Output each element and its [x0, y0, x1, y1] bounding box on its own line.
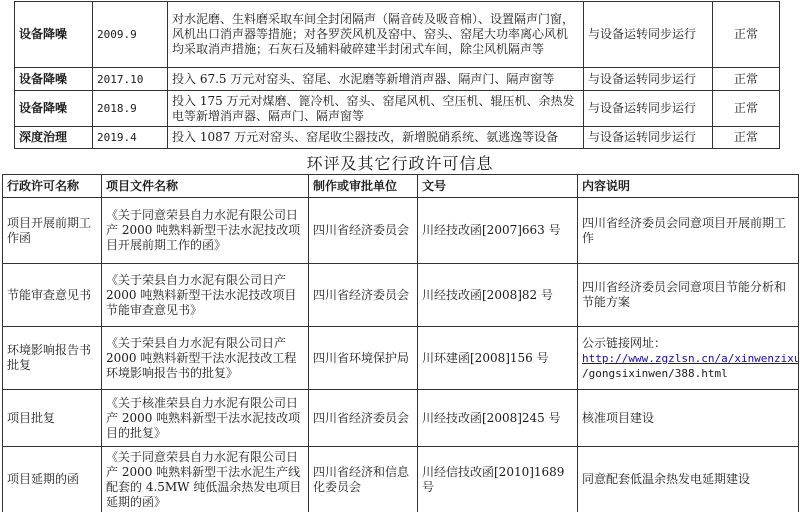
status-cell: 正常 — [713, 68, 780, 91]
description-cell: 同意配套低温余热发电延期建设 — [578, 447, 799, 512]
header-document: 项目文件名称 — [102, 175, 309, 198]
authority-cell: 四川省经济和信息化委员会 — [309, 447, 418, 512]
operation-cell: 与设备运转同步运行 — [584, 127, 713, 149]
document-cell: 《关于核准荣县自力水泥有限公司日产 2000 吨熟料新型干法水泥技改项目的批复》 — [102, 390, 309, 447]
operation-cell: 与设备运转同步运行 — [584, 68, 713, 91]
public-notice-link[interactable]: http://www.zgzlsn.cn/a/xinwenzixun — [582, 352, 799, 365]
table-row: 项目批复 《关于核准荣县自力水泥有限公司日产 2000 吨熟料新型干法水泥技改项… — [3, 390, 799, 447]
table-row: 项目延期的函 《关于同意荣县自力水泥有限公司日产 2000 吨熟料新型干法水泥生… — [3, 447, 799, 512]
description-cell: 四川省经济委员会同意项目开展前期工作 — [578, 198, 799, 264]
operation-cell: 与设备运转同步运行 — [584, 91, 713, 127]
category-cell: 设备降噪 — [15, 68, 93, 91]
description-cell: 公示链接网址： http://www.zgzlsn.cn/a/xinwenzix… — [578, 327, 799, 390]
header-row: 行政许可名称 项目文件名称 制作或审批单位 文号 内容说明 — [3, 175, 799, 198]
measures-cell: 投入 1087 万元对窑头、窑尾收尘器技改，新增脱硝系统、氨逃逸等设备 — [168, 127, 584, 149]
description-cell: 四川省经济委员会同意项目节能分析和节能方案 — [578, 264, 799, 327]
status-cell: 正常 — [713, 2, 780, 68]
header-description: 内容说明 — [578, 175, 799, 198]
permit-name-cell: 项目开展前期工作函 — [3, 198, 102, 264]
permit-name-cell: 项目批复 — [3, 390, 102, 447]
category-cell: 设备降噪 — [15, 2, 93, 68]
table-row: 设备降噪 2009.9 对水泥磨、生料磨采取车间全封闭隔声（隔音砖及吸音棉）、设… — [15, 2, 780, 68]
category-cell: 设备降噪 — [15, 91, 93, 127]
description-cell: 核准项目建设 — [578, 390, 799, 447]
permit-name-cell: 项目延期的函 — [3, 447, 102, 512]
authority-cell: 四川省经济委员会 — [309, 264, 418, 327]
authority-cell: 四川省环境保护局 — [309, 327, 418, 390]
doc-no-cell: 川经技改函[2008]82 号 — [418, 264, 578, 327]
table-row: 设备降噪 2017.10 投入 67.5 万元对窑头、窑尾、水泥磨等新增消声器、… — [15, 68, 780, 91]
date-cell: 2019.4 — [93, 127, 168, 149]
link-label: 公示链接网址： — [582, 336, 794, 351]
section-title: 环评及其它行政许可信息 — [0, 151, 800, 174]
date-cell: 2017.10 — [93, 68, 168, 91]
status-cell: 正常 — [713, 91, 780, 127]
table-row: 项目开展前期工作函 《关于同意荣县自力水泥有限公司日产 2000 吨熟料新型干法… — [3, 198, 799, 264]
table-row: 节能审查意见书 《关于荣县自力水泥有限公司日产 2000 吨熟料新型干法水泥技改… — [3, 264, 799, 327]
permit-name-cell: 节能审查意见书 — [3, 264, 102, 327]
measures-cell: 对水泥磨、生料磨采取车间全封闭隔声（隔音砖及吸音棉）、设置隔声门窗，风机出口消声… — [168, 2, 584, 68]
operation-cell: 与设备运转同步运行 — [584, 2, 713, 68]
header-permit-name: 行政许可名称 — [3, 175, 102, 198]
status-cell: 正常 — [713, 127, 780, 149]
authority-cell: 四川省经济委员会 — [309, 390, 418, 447]
table-row: 环境影响报告书批复 《关于荣县自力水泥有限公司日产 2000 吨熟料新型干法水泥… — [3, 327, 799, 390]
document-cell: 《关于同意荣县自力水泥有限公司日产 2000 吨熟料新型干法水泥技改项目开展前期… — [102, 198, 309, 264]
header-authority: 制作或审批单位 — [309, 175, 418, 198]
document-cell: 《关于同意荣县自力水泥有限公司日产 2000 吨熟料新型干法水泥生产线配套的 4… — [102, 447, 309, 512]
date-cell: 2018.9 — [93, 91, 168, 127]
measures-cell: 投入 175 万元对煤磨、篦冷机、窑头、窑尾风机、空压机、辊压机、余热发电等新增… — [168, 91, 584, 127]
permit-table: 行政许可名称 项目文件名称 制作或审批单位 文号 内容说明 项目开展前期工作函 … — [2, 174, 799, 512]
noise-control-table: 设备降噪 2009.9 对水泥磨、生料磨采取车间全封闭隔声（隔音砖及吸音棉）、设… — [14, 1, 780, 149]
measures-cell: 投入 67.5 万元对窑头、窑尾、水泥磨等新增消声器、隔声门、隔声窗等 — [168, 68, 584, 91]
header-doc-no: 文号 — [418, 175, 578, 198]
link-tail: /gongsixinwen/388.html — [582, 366, 794, 381]
doc-no-cell: 川经技改函[2007]663 号 — [418, 198, 578, 264]
doc-no-cell: 川环建函[2008]156 号 — [418, 327, 578, 390]
doc-no-cell: 川经信技改函[2010]1689 号 — [418, 447, 578, 512]
doc-no-cell: 川经技改函[2008]245 号 — [418, 390, 578, 447]
document-cell: 《关于荣县自力水泥有限公司日产 2000 吨熟料新型干法水泥技改工程环境影响报告… — [102, 327, 309, 390]
date-cell: 2009.9 — [93, 2, 168, 68]
category-cell: 深度治理 — [15, 127, 93, 149]
document-cell: 《关于荣县自力水泥有限公司日产 2000 吨熟料新型干法水泥技改项目节能审查意见… — [102, 264, 309, 327]
permit-name-cell: 环境影响报告书批复 — [3, 327, 102, 390]
table-row: 设备降噪 2018.9 投入 175 万元对煤磨、篦冷机、窑头、窑尾风机、空压机… — [15, 91, 780, 127]
authority-cell: 四川省经济委员会 — [309, 198, 418, 264]
table-row: 深度治理 2019.4 投入 1087 万元对窑头、窑尾收尘器技改，新增脱硝系统… — [15, 127, 780, 149]
